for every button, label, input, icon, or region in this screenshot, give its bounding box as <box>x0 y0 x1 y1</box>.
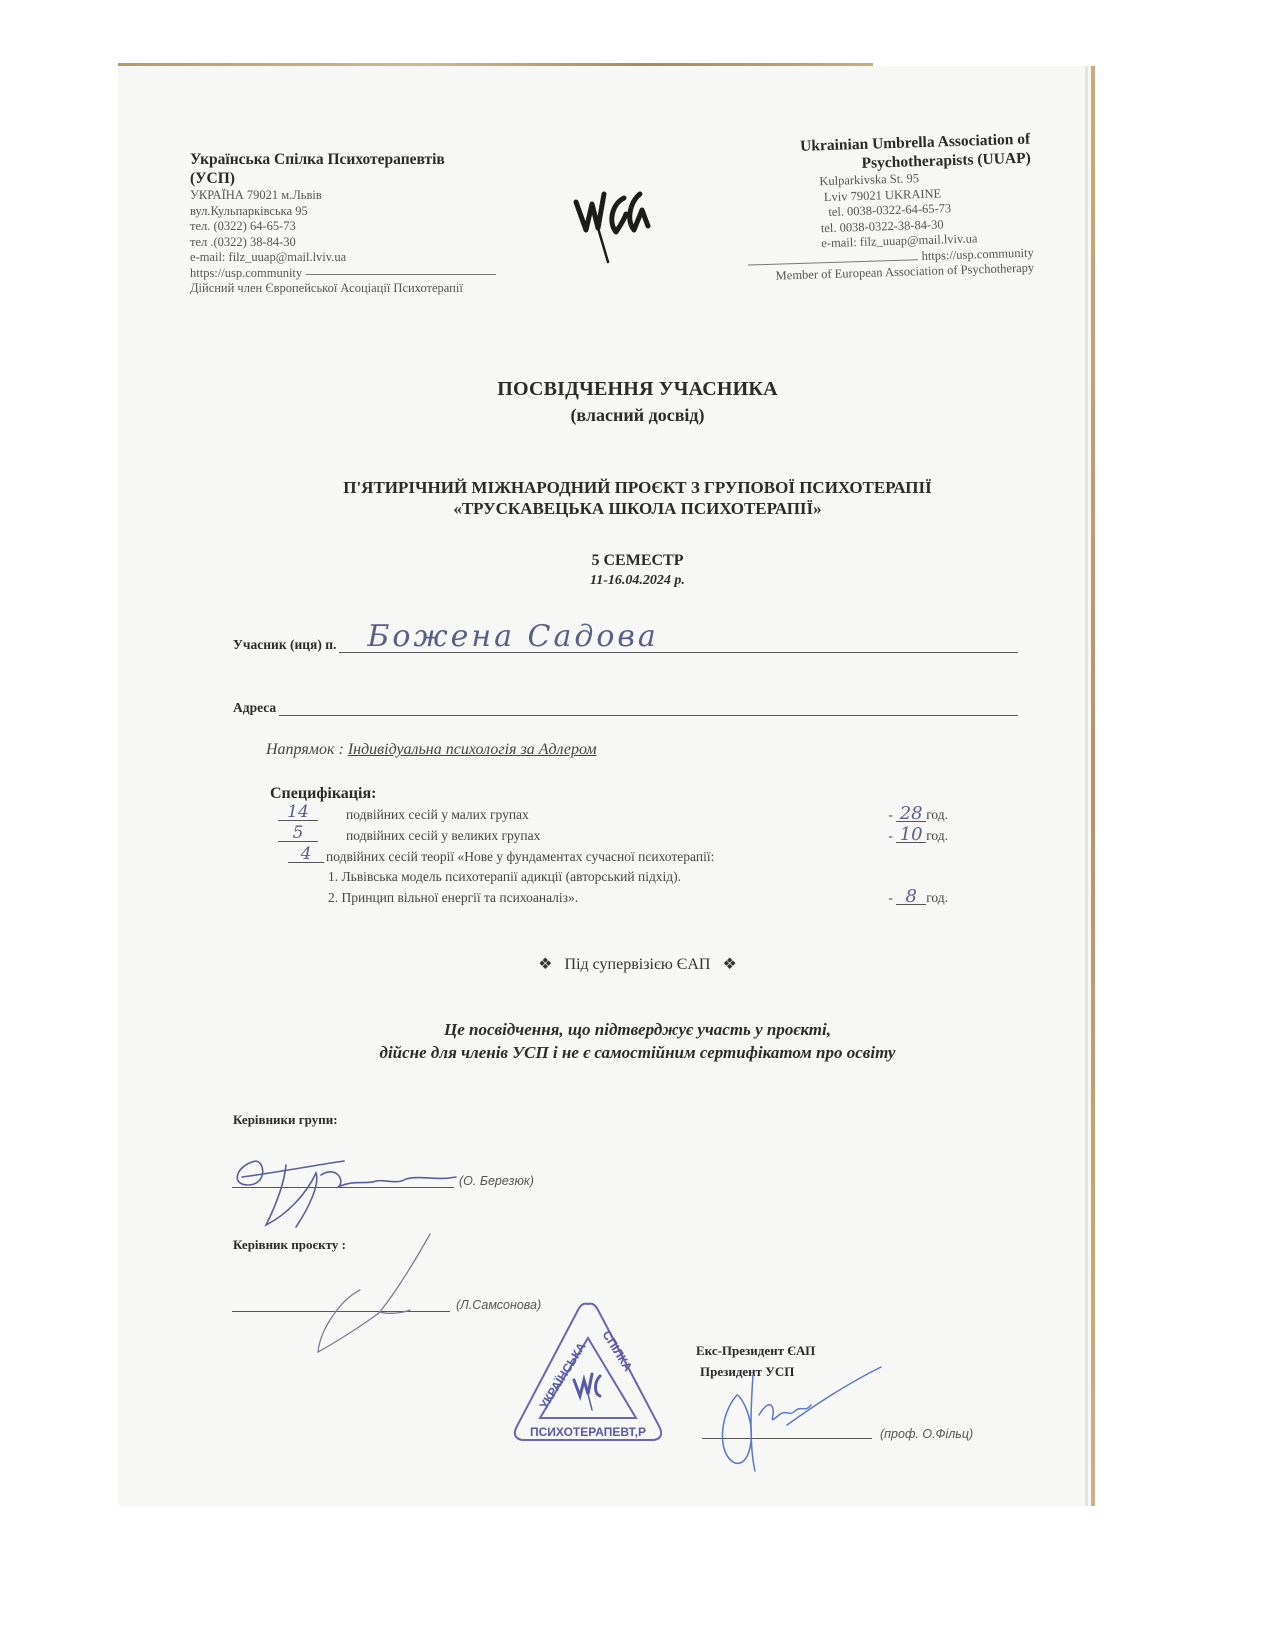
group-leaders-label: Керівники групи: <box>233 1112 338 1128</box>
paper-right-edge <box>1091 66 1095 1506</box>
president-name: (проф. О.Фільц) <box>880 1427 973 1441</box>
spec-text: подвійних сесій у малих групах <box>346 807 529 823</box>
address-line: вул.Кульпарківська 95 <box>190 204 530 220</box>
spec-text: подвійних сесій у великих групах <box>346 828 540 844</box>
address-line: УКРАЇНА 79021 м.Львів <box>190 188 530 204</box>
document-subtitle: (власний досвід) <box>0 405 1275 426</box>
spec-row: 2. Принцип вільної енергії та психоаналі… <box>278 888 948 906</box>
spec-count: 5 <box>278 826 318 842</box>
org-abbr-ua: (УСП) <box>190 169 530 188</box>
president-signature <box>705 1355 895 1480</box>
supervision-note: ❖ Під супервізією ЄАП ❖ <box>0 954 1275 974</box>
spec-hours: 28 <box>896 806 926 822</box>
dates: 11-16.04.2024 р. <box>0 573 1275 589</box>
org-name-ua: Українська Спілка Психотерапевтів <box>190 150 530 169</box>
usp-logo-icon <box>568 180 658 270</box>
spec-row: 4 подвійних сесій теорії «Нове у фундаме… <box>278 847 948 865</box>
spec-row: 5 подвійних сесій у великих групах - 10г… <box>278 826 948 844</box>
participant-line[interactable]: Божена Садова <box>339 634 1018 653</box>
direction-label: Напрямок : <box>266 741 348 758</box>
address-line: тел. (0322) 64-65-73 <box>190 219 530 235</box>
direction: Напрямок : Індивідуальна психологія за А… <box>266 741 597 759</box>
address-field: Адреса <box>233 697 1018 716</box>
website: https://usp.community <box>921 245 1034 263</box>
address-line-input[interactable] <box>279 697 1018 716</box>
hours-unit: год. <box>926 890 948 905</box>
specification-title: Специфікація: <box>270 785 376 803</box>
group-leader-name: (О. Березюк) <box>459 1174 534 1188</box>
participant-name-handwritten: Божена Садова <box>367 619 658 654</box>
project-name: П'ЯТИРІЧНИЙ МІЖНАРОДНИЙ ПРОЄКТ З ГРУПОВО… <box>0 478 1275 498</box>
school-name: «ТРУСКАВЕЦЬКА ШКОЛА ПСИХОТЕРАПІЇ» <box>0 499 1275 519</box>
header-right: Ukrainian Umbrella Association of Psycho… <box>700 130 1034 286</box>
bullet-icon: ❖ <box>538 956 552 973</box>
address-line: тел .(0322) 38-84-30 <box>190 235 530 251</box>
paper-fold-edge <box>1085 66 1088 1506</box>
semester: 5 СЕМЕСТР <box>0 552 1275 570</box>
membership: Дійсний член Європейської Асоціації Псих… <box>190 281 530 296</box>
hours-unit: год. <box>926 807 948 822</box>
group-leader-signature <box>226 1145 466 1240</box>
spec-subitem: 1. Львівська модель психотерапії адикції… <box>328 869 681 885</box>
spec-hours: 10 <box>896 827 926 843</box>
document-title: ПОСВІДЧЕННЯ УЧАСНИКА <box>0 378 1275 401</box>
spec-hours: 8 <box>896 889 926 905</box>
spec-row: 14 подвійних сесій у малих групах - 28го… <box>278 805 948 823</box>
spec-subitem: 2. Принцип вільної енергії та психоаналі… <box>328 890 578 906</box>
bullet-icon: ❖ <box>722 956 736 973</box>
spec-text: подвійних сесій теорії «Нове у фундамент… <box>326 849 714 865</box>
email: e-mail: filz_uuap@mail.lviv.ua <box>190 250 530 266</box>
divider <box>306 274 496 275</box>
organization-stamp: УКРАЇНСЬКА СПІЛКА ПСИХОТЕРАПЕВТ,Р <box>508 1298 668 1463</box>
project-leader-signature <box>300 1230 450 1365</box>
website: https://usp.community <box>190 266 302 280</box>
spec-count: 4 <box>288 847 324 863</box>
address-label: Адреса <box>233 700 276 716</box>
participant-field: Учасник (иця) п. Божена Садова <box>233 634 1018 653</box>
spec-count: 14 <box>278 805 318 821</box>
hours-unit: год. <box>926 828 948 843</box>
participant-label: Учасник (иця) п. <box>233 637 336 653</box>
statement-line-2: дійсне для членів УСП і не є самостійним… <box>0 1043 1275 1063</box>
header-left: Українська Спілка Психотерапевтів (УСП) … <box>190 150 530 296</box>
direction-value: Індивідуальна психологія за Адлером <box>348 741 597 758</box>
statement-line-1: Це посвідчення, що підтверджує участь у … <box>0 1020 1275 1040</box>
stamp-bottom-text: ПСИХОТЕРАПЕВТ,Р <box>530 1425 646 1439</box>
